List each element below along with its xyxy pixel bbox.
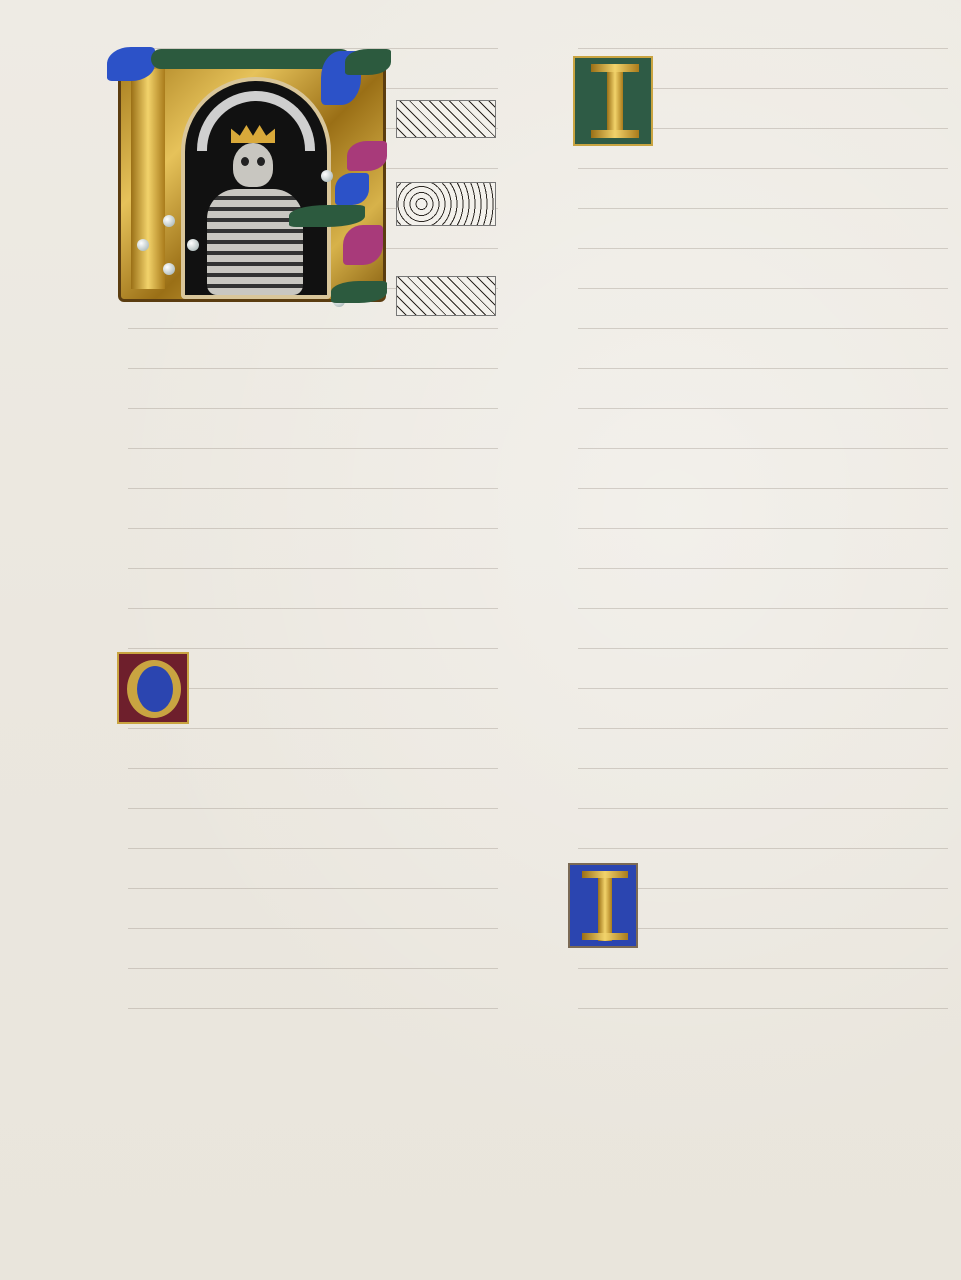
- blue-acanthus-leaf: [107, 47, 155, 81]
- initial-R-niche: [181, 77, 331, 299]
- silver-stud: [321, 170, 333, 182]
- decorative-line-filler: [396, 276, 496, 316]
- skeleton-torso: [207, 189, 303, 295]
- silver-stud: [187, 239, 199, 251]
- decorated-initial-I-green: [573, 56, 653, 146]
- initial-I-gold-bar: [607, 66, 623, 138]
- green-acanthus-leaf: [151, 49, 351, 69]
- green-acanthus-leaf: [345, 49, 391, 75]
- middle-vine-border: [498, 0, 576, 1060]
- decorative-line-filler: [396, 100, 496, 138]
- pink-acanthus-leaf: [347, 141, 387, 171]
- decorated-initial-D: [117, 652, 189, 724]
- decorated-initial-I-blue: [568, 863, 638, 948]
- pink-acanthus-leaf: [343, 225, 383, 265]
- initial-D-blue-field: [137, 666, 173, 712]
- initial-R-shaft: [131, 69, 165, 289]
- silver-stud: [163, 215, 175, 227]
- green-acanthus-leaf: [331, 281, 387, 303]
- blue-acanthus-leaf: [335, 173, 369, 205]
- historiated-initial-R: [118, 52, 386, 302]
- initial-I-gold-bar: [598, 873, 612, 941]
- silver-stud: [163, 263, 175, 275]
- skull-icon: [233, 143, 273, 187]
- silver-stud: [137, 239, 149, 251]
- decorative-line-filler: [396, 182, 496, 226]
- green-acanthus-leaf: [289, 205, 365, 227]
- bottom-floral-border: [0, 1030, 700, 1280]
- initial-D-gold: [127, 660, 181, 718]
